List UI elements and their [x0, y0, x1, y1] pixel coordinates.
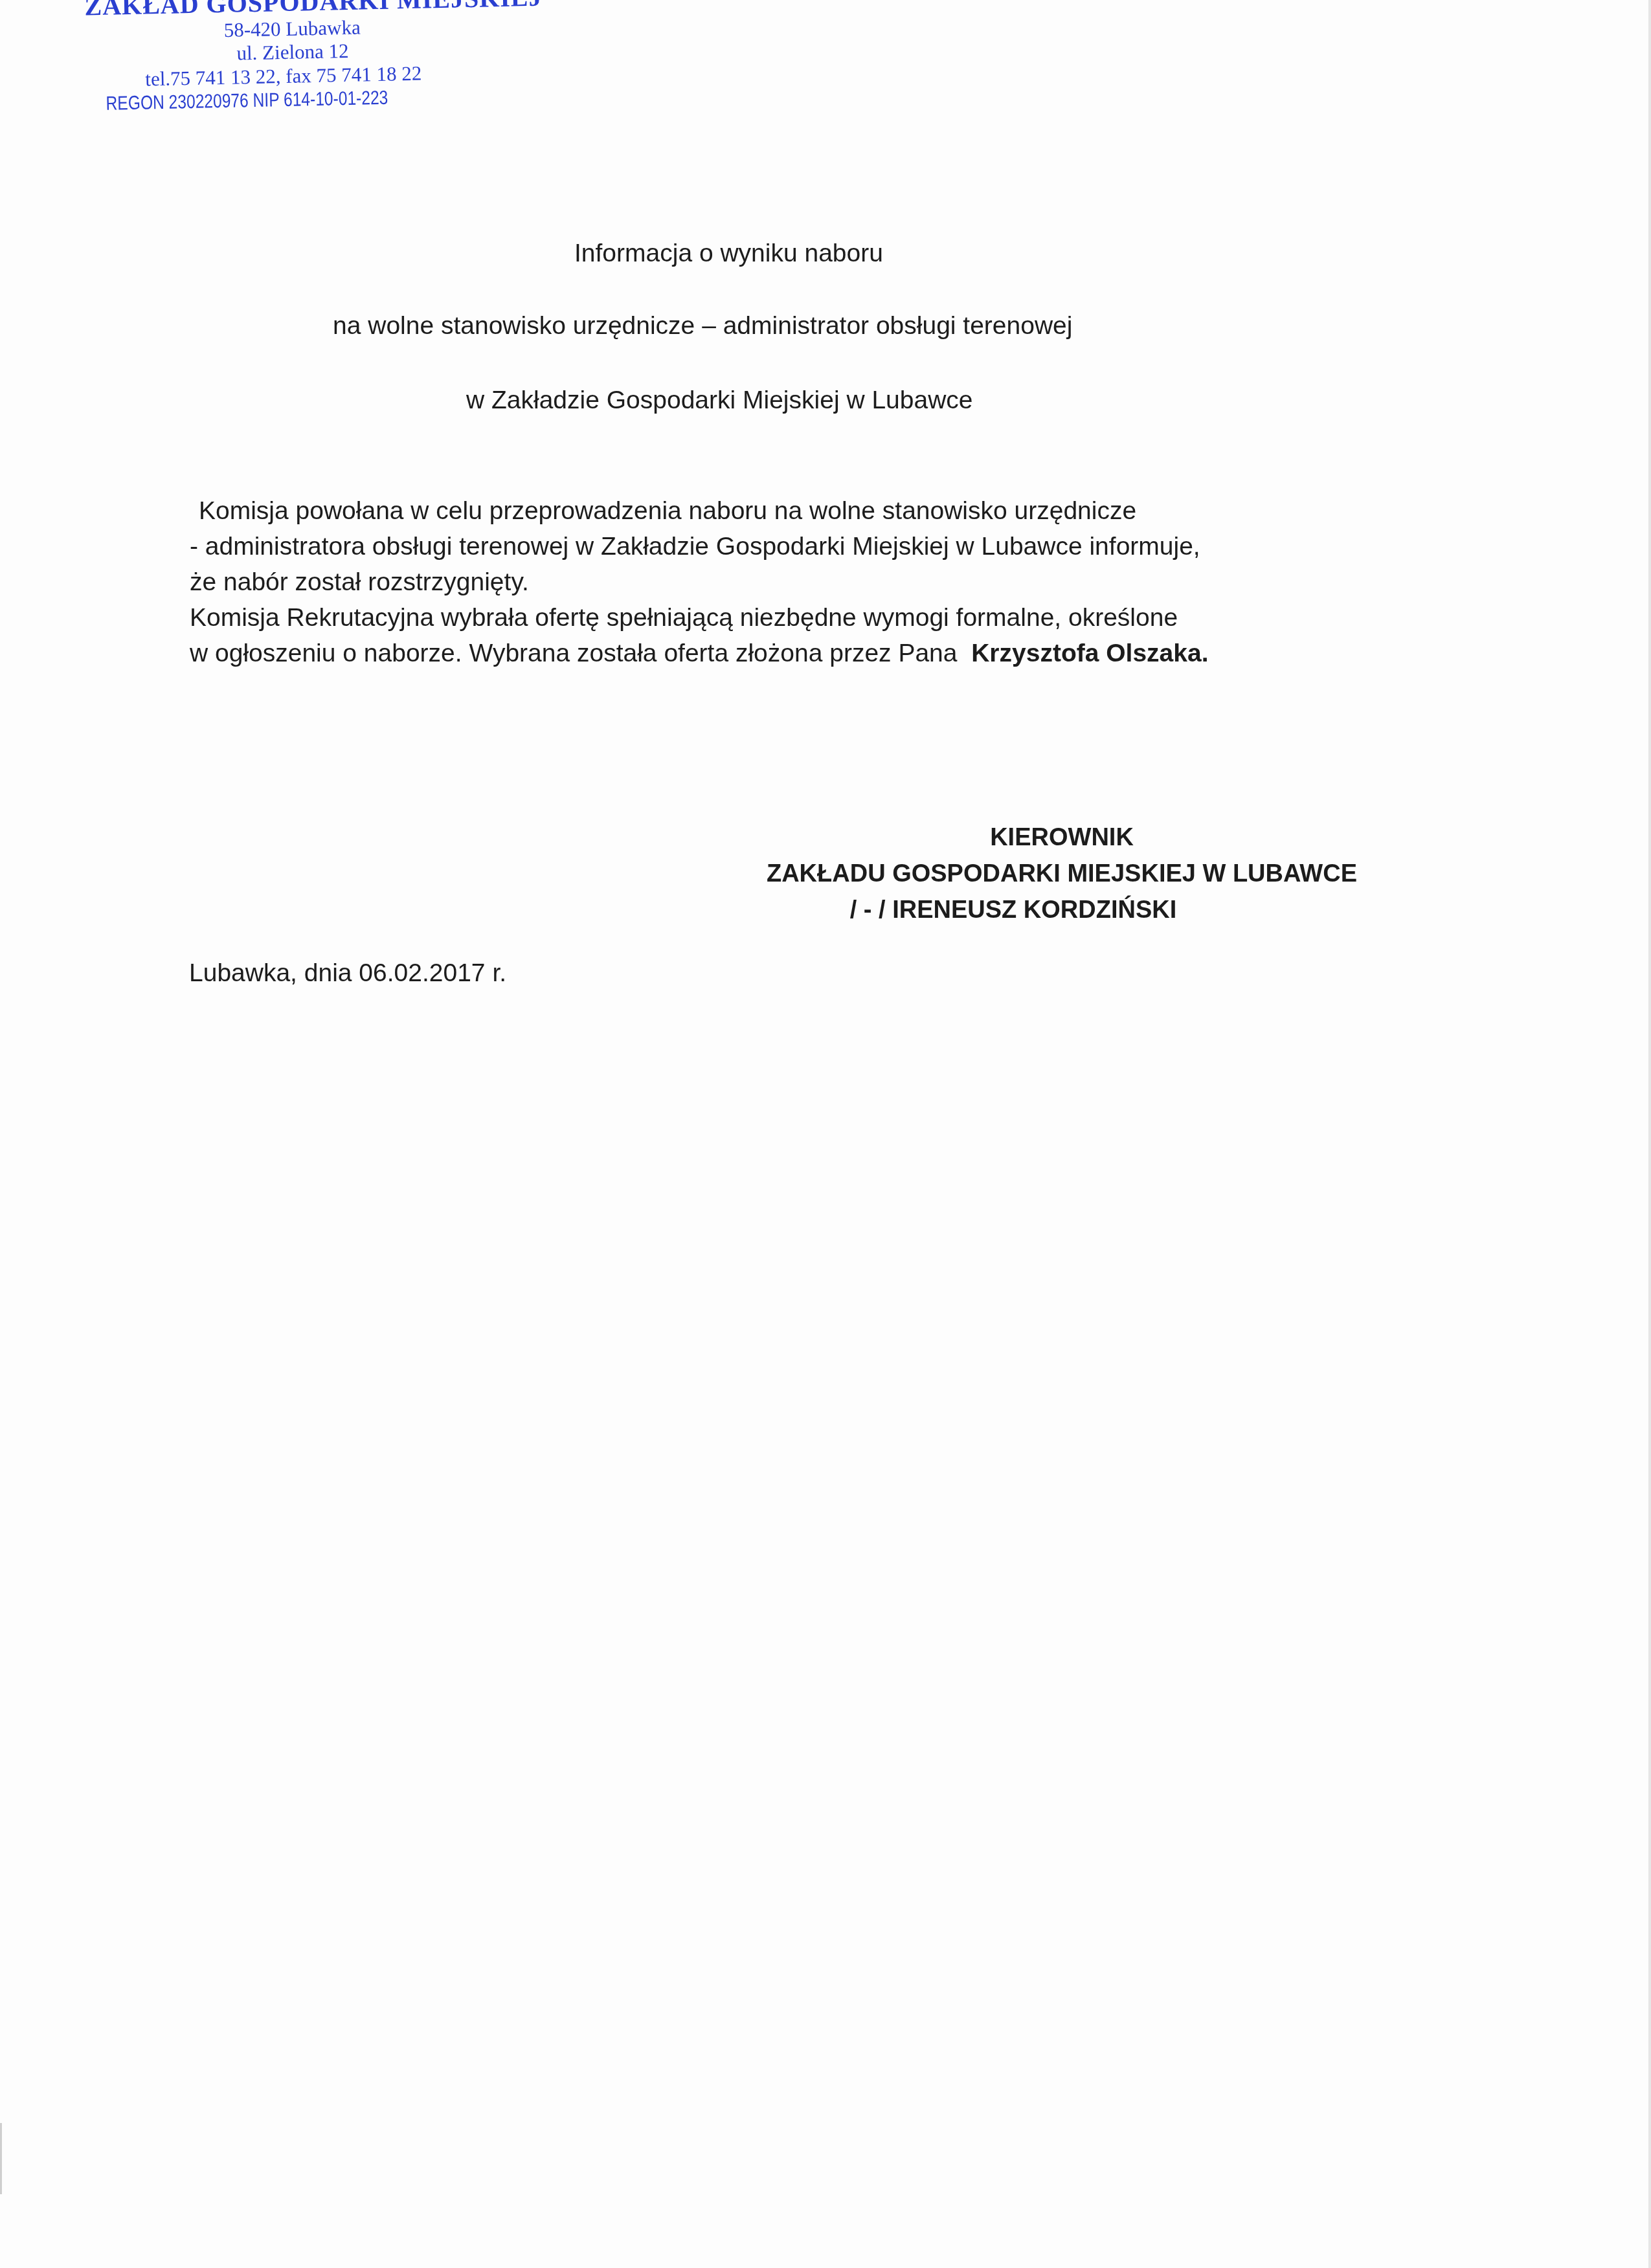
- selected-candidate-name: Krzysztofa Olszaka.: [971, 639, 1208, 667]
- body-paragraphs: Komisja powołana w celu przeprowadzenia …: [190, 493, 1355, 671]
- body-line: Komisja Rekrutacyjna wybrała ofertę speł…: [190, 600, 1355, 636]
- page-edge-shadow: [1648, 0, 1651, 2268]
- document-title: Informacja o wyniku naboru: [574, 239, 883, 268]
- document-subtitle-organization: w Zakładzie Gospodarki Miejskiej w Lubaw…: [466, 386, 973, 415]
- body-line: - administratora obsługi terenowej w Zak…: [190, 529, 1355, 564]
- signatory-organization: ZAKŁADU GOSPODARKI MIEJSKIEJ W LUBAWCE: [745, 856, 1379, 892]
- body-line: że nabór został rozstrzygnięty.: [190, 564, 1355, 600]
- place-and-date: Lubawka, dnia 06.02.2017 r.: [189, 959, 506, 988]
- signatory-title: KIEROWNIK: [745, 819, 1379, 856]
- company-stamp: ZAKŁAD GOSPODARKI MIEJSKIEJ 58-420 Lubaw…: [97, 0, 462, 116]
- body-line-text: w ogłoszeniu o naborze. Wybrana została …: [190, 639, 958, 667]
- scan-edge-mark: [0, 2123, 2, 2194]
- document-subtitle-position: na wolne stanowisko urzędnicze – adminis…: [333, 312, 1072, 340]
- body-line: Komisja powołana w celu przeprowadzenia …: [190, 493, 1355, 529]
- signatory-name: / - / IRENEUSZ KORDZIŃSKI: [647, 892, 1379, 928]
- signature-block: KIEROWNIK ZAKŁADU GOSPODARKI MIEJSKIEJ W…: [745, 819, 1379, 928]
- body-line: w ogłoszeniu o naborze. Wybrana została …: [190, 636, 1355, 671]
- scanned-document-page: ZAKŁAD GOSPODARKI MIEJSKIEJ 58-420 Lubaw…: [0, 0, 1651, 2268]
